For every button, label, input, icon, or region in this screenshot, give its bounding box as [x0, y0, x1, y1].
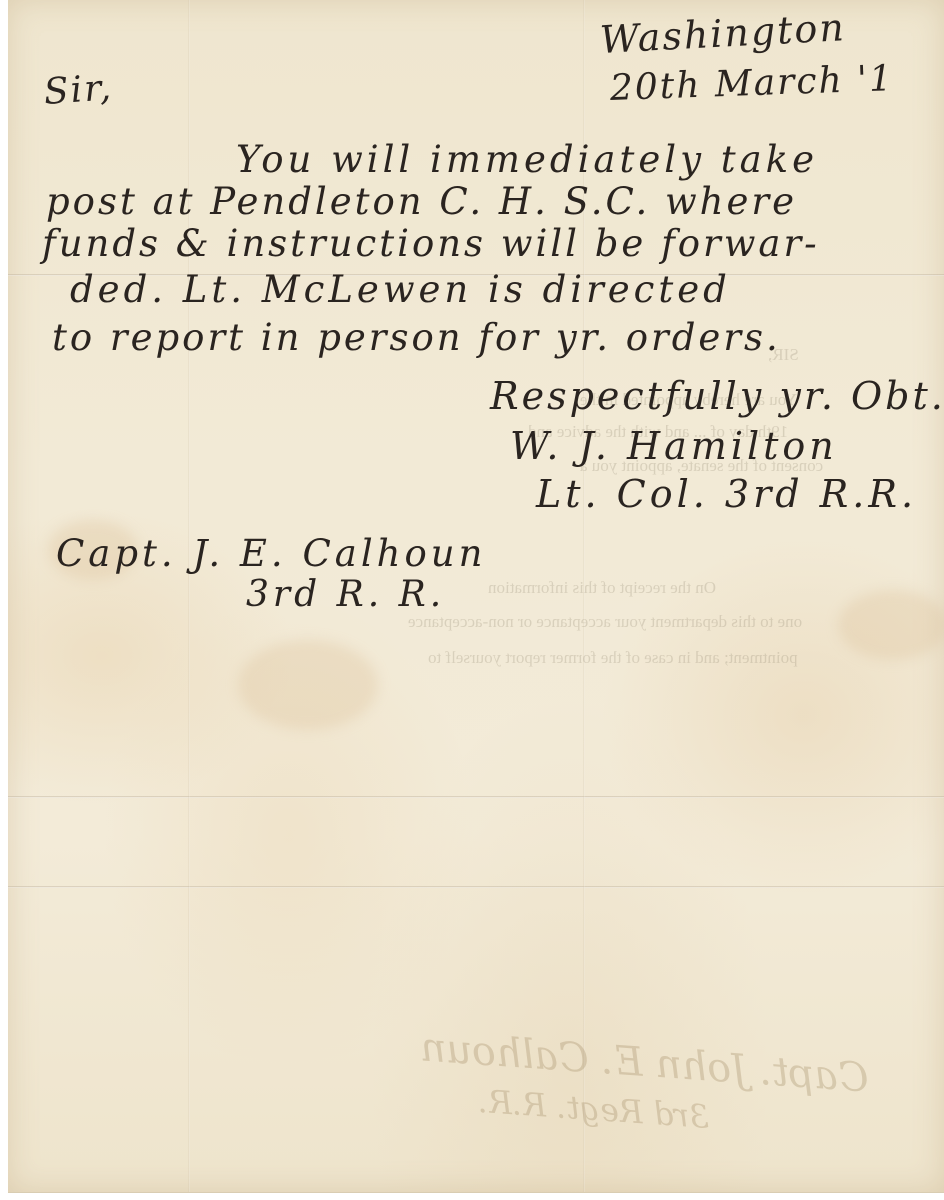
bleed-address-line: 3rd Regt. R.R. [477, 1082, 711, 1136]
bleed-line: On the receipt of this information [488, 578, 716, 598]
letter-page: SIR, You are hereby appointed in the 19t… [8, 0, 944, 1193]
horizontal-fold-crease [8, 886, 944, 888]
body-line: You will immediately take [236, 138, 818, 181]
body-line: to report in person for yr. orders. [52, 316, 781, 359]
bleed-line: pointment; and in case of the former rep… [428, 648, 798, 668]
paper-stain [238, 640, 378, 730]
paper-stain [838, 590, 944, 660]
body-line: post at Pendleton C. H. S.C. where [46, 180, 797, 223]
addressee-unit: 3rd R. R. [246, 574, 445, 615]
signature: W. J. Hamilton [510, 424, 838, 468]
bleed-line: one to this department your acceptance o… [408, 612, 802, 632]
vertical-fold-crease [188, 0, 190, 1192]
complimentary-close: Respectfully yr. Obt. [490, 374, 944, 418]
signer-title: Lt. Col. 3rd R.R. [536, 472, 917, 516]
addressee-name: Capt. J. E. Calhoun [56, 532, 486, 575]
place-line: Washington [599, 5, 847, 62]
salutation: Sir, [43, 67, 115, 113]
body-line: ded. Lt. McLewen is directed [70, 268, 731, 311]
horizontal-fold-crease [8, 796, 944, 798]
date-line: 20th March '1 [609, 58, 894, 109]
body-line: funds & instructions will be forwar- [42, 222, 820, 265]
